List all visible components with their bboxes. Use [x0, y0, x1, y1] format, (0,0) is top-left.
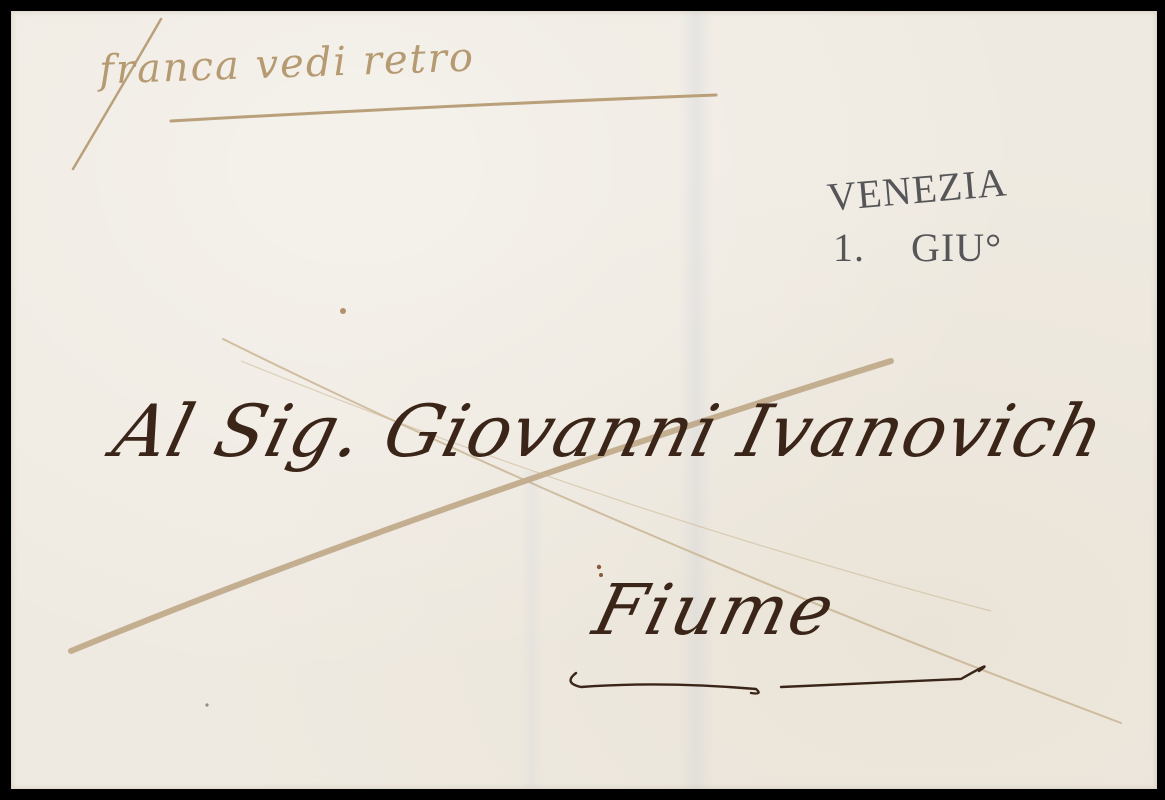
- address-line: Al Sig. Giovanni Ivanovich: [106, 389, 1113, 473]
- letter-cover: franca vedi retro VENEZIA 1.GIU° Al Sig.…: [11, 11, 1157, 789]
- ink-speck: [597, 565, 601, 569]
- note-flourish: [73, 19, 161, 169]
- postmark-day: 1.: [833, 225, 865, 270]
- note-underline: [171, 95, 716, 121]
- city-flourish: [571, 667, 985, 694]
- recipient-name: Giovanni Ivanovich: [376, 389, 1113, 473]
- destination-city: Fiume: [586, 569, 845, 651]
- postmark-month: GIU°: [911, 225, 1002, 270]
- ink-speck: [599, 573, 603, 577]
- salutation: Al Sig.: [106, 389, 373, 473]
- ink-speck: [340, 308, 346, 314]
- postmark-date: 1.GIU°: [833, 224, 1002, 271]
- ink-speck: [205, 703, 208, 706]
